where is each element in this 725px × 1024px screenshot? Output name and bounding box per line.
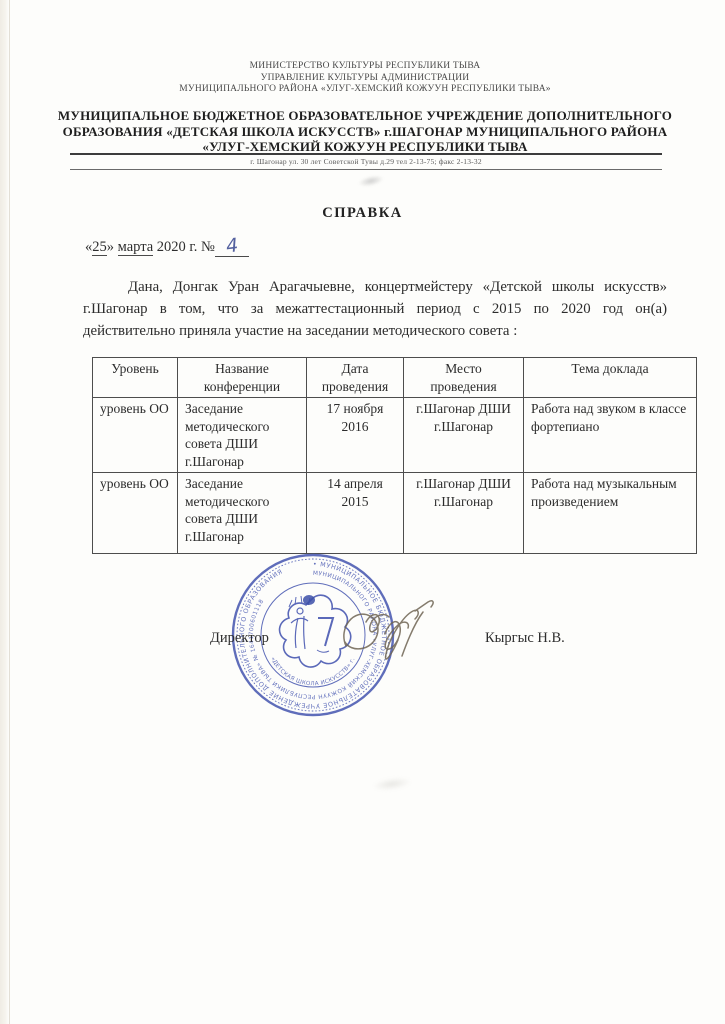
- date-number-line: «25» марта 2020 г. №4: [85, 238, 249, 257]
- letterhead-rule-thin: [70, 169, 662, 170]
- cell-level: уровень ОО: [93, 473, 178, 554]
- cell-date: 17 ноября 2016: [307, 398, 404, 473]
- col-header-date: Дата проведения: [307, 358, 404, 398]
- body-line: действительно приняла участие на заседан…: [83, 320, 667, 342]
- date-month: марта: [118, 239, 154, 256]
- body-line: г.Шагонар в том, что за межаттестационны…: [83, 298, 667, 320]
- org-line: ОБРАЗОВАНИЯ «ДЕТСКАЯ ШКОЛА ИСКУССТВ» г.Ш…: [52, 124, 678, 140]
- cell-place: г.Шагонар ДШИ г.Шагонар: [404, 398, 524, 473]
- table-header-row: Уровень Название конференции Дата провед…: [93, 358, 697, 398]
- cell-place: г.Шагонар ДШИ г.Шагонар: [404, 473, 524, 554]
- org-line: МУНИЦИПАЛЬНОЕ БЮДЖЕТНОЕ ОБРАЗОВАТЕЛЬНОЕ …: [52, 108, 678, 124]
- number-sign: №: [201, 239, 215, 255]
- letterhead-ministry: МИНИСТЕРСТВО КУЛЬТУРЫ РЕСПУБЛИКИ ТЫВА УП…: [60, 61, 670, 96]
- cell-level: уровень ОО: [93, 398, 178, 473]
- cell-conference: Заседание методического совета ДШИ г.Шаг…: [178, 398, 307, 473]
- table-row: уровень ОО Заседание методического совет…: [93, 473, 697, 554]
- ministry-line: МИНИСТЕРСТВО КУЛЬТУРЫ РЕСПУБЛИКИ ТЫВА: [60, 61, 670, 73]
- cell-date: 14 апреля 2015: [307, 473, 404, 554]
- signature-role-label: Директор: [210, 630, 269, 647]
- seal-ink-blot: [303, 595, 315, 605]
- scan-smudge: [371, 775, 412, 792]
- participation-table: Уровень Название конференции Дата провед…: [92, 357, 697, 554]
- date-year: 2020 г.: [157, 239, 198, 255]
- signature-name: Кыргыс Н.В.: [485, 630, 565, 647]
- scan-smudge: [357, 173, 385, 188]
- cell-topic: Работа над звуком в классе фортепиано: [524, 398, 697, 473]
- body-paragraph: Дана, Донгак Уран Арагачыевне, концертме…: [83, 276, 667, 342]
- cell-topic: Работа над музыкальным произведением: [524, 473, 697, 554]
- registration-number: 4: [215, 238, 249, 257]
- table-row: уровень ОО Заседание методического совет…: [93, 398, 697, 473]
- ministry-line: УПРАВЛЕНИЕ КУЛЬТУРЫ АДМИНИСТРАЦИИ: [60, 73, 670, 85]
- handwritten-number: 4: [225, 238, 239, 253]
- seal-flower-emblem: [280, 595, 351, 667]
- col-header-topic: Тема доклада: [524, 358, 697, 398]
- date-day: 25: [92, 239, 107, 256]
- scan-edge: [0, 0, 10, 1024]
- col-header-place: Место проведения: [404, 358, 524, 398]
- ministry-line: МУНИЦИПАЛЬНОГО РАЙОНА «УЛУГ-ХЕМСКИЙ КОЖУ…: [60, 84, 670, 96]
- document-title: СПРАВКА: [0, 205, 725, 222]
- letterhead-address: г. Шагонар ул. 30 лет Советской Тувы д.2…: [70, 157, 662, 166]
- col-header-conference: Название конференции: [178, 358, 307, 398]
- scanned-document-page: МИНИСТЕРСТВО КУЛЬТУРЫ РЕСПУБЛИКИ ТЫВА УП…: [0, 0, 725, 1024]
- body-line: Дана, Донгак Уран Арагачыевне, концертме…: [83, 276, 667, 298]
- letterhead-organization: МУНИЦИПАЛЬНОЕ БЮДЖЕТНОЕ ОБРАЗОВАТЕЛЬНОЕ …: [52, 108, 678, 155]
- col-header-level: Уровень: [93, 358, 178, 398]
- letterhead-rule-thick: [70, 153, 662, 155]
- cell-conference: Заседание методического совета ДШИ г.Шаг…: [178, 473, 307, 554]
- quote-close: »: [107, 239, 114, 255]
